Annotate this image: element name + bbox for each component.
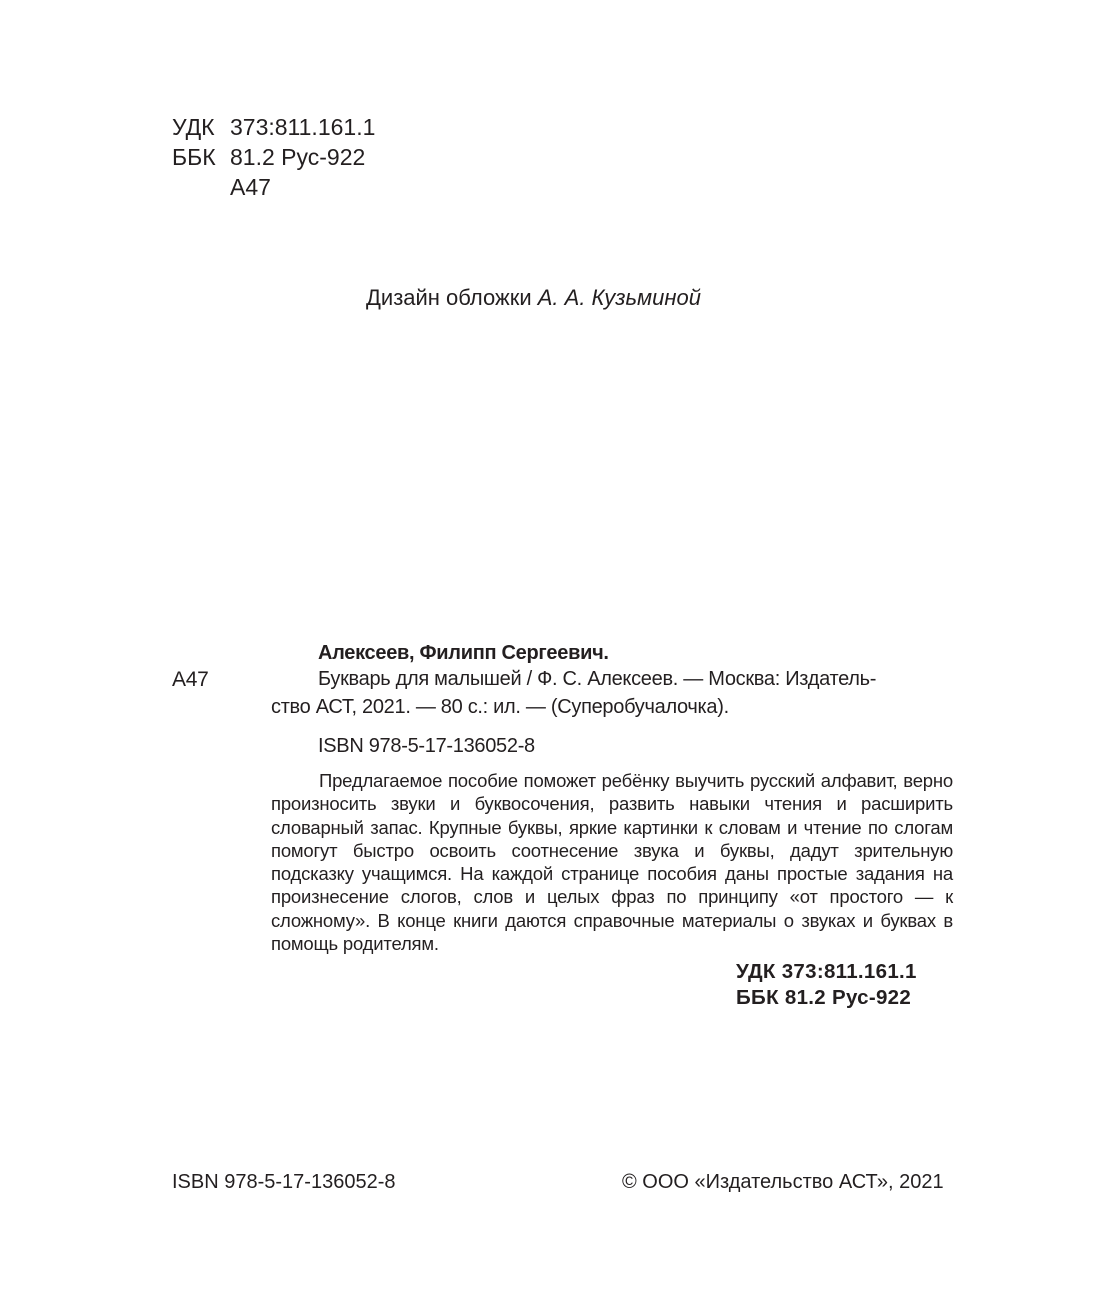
udk-value: 373:811.161.1 [230,112,375,142]
cover-design-prefix: Дизайн обложки [366,285,532,310]
footer-copyright: © ООО «Издательство АСТ», 2021 [622,1171,944,1194]
bib-description-line-2: ство АСТ, 2021. — 80 с.: ил. — (Суперобу… [271,696,729,719]
bib-bbk: ББК 81.2 Рус-922 [736,984,911,1012]
cover-designer-name: А. А. Кузьминой [538,285,701,310]
bib-description-line-1: Букварь для малышей / Ф. С. Алексеев. — … [318,668,876,691]
author-mark: А47 [230,172,271,202]
udk-label: УДК [172,112,215,142]
bib-udk: УДК 373:811.161.1 [736,958,917,986]
bbk-label: ББК [172,142,216,172]
bib-isbn: ISBN 978-5-17-136052-8 [318,735,535,758]
annotation-text: Предлагаемое пособие поможет ребёнку выу… [271,769,953,955]
footer-isbn: ISBN 978-5-17-136052-8 [172,1171,395,1194]
top-classification: УДК 373:811.161.1 ББК 81.2 Рус-922 А47 [172,112,432,207]
bbk-value: 81.2 Рус-922 [230,142,365,172]
cover-design-credit: Дизайн обложки А. А. Кузьминой [366,285,701,311]
author-heading: Алексеев, Филипп Сергеевич. [318,642,609,665]
bib-author-mark: А47 [172,668,208,692]
